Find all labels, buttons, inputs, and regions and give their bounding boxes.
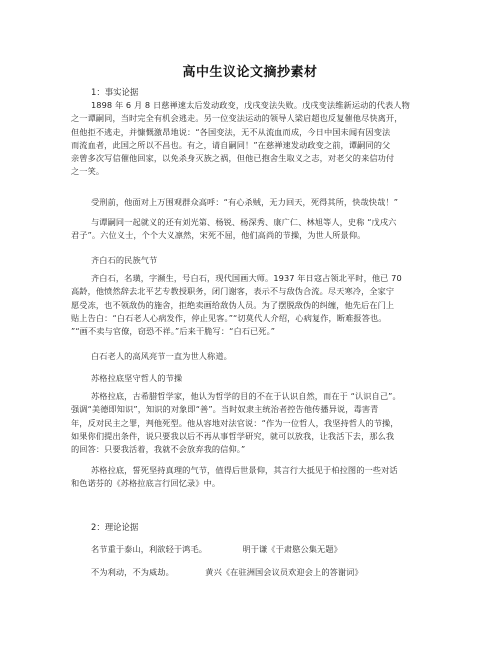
section-heading-theory: 2：理论论据: [91, 521, 138, 533]
paragraph-execution-quote: 受刑前，他面对上万围观群众高呼：“有心杀贼，无力回天，死得其所，快哉快哉！”: [71, 196, 431, 209]
quote-source: 黄兴《在驻洲国会议员欢迎会上的答谢词》: [205, 567, 362, 577]
quote-source: 明于谦《于肃愍公集无题》: [242, 544, 341, 554]
paragraph-qi-baishi: 齐白石，名璜，字濒生，号白石，现代国画大师。1937 年日寇占领北平时，他已 7…: [71, 272, 431, 338]
quote-item: 不为利动，不为威劫。 黄兴《在驻洲国会议员欢迎会上的答谢词》: [91, 566, 451, 579]
section-heading-facts: 1：事实论据: [91, 86, 138, 98]
document-title: 高中生议论文摘抄素材: [0, 61, 500, 80]
quote-text: 不为利动，不为威劫。: [91, 567, 174, 577]
subheading-qi-baishi: 齐白石的民族气节: [91, 254, 421, 267]
quote-text: 名节重于泰山，利欲轻于鸿毛。: [91, 544, 207, 554]
paragraph-socrates-conclusion: 苏格拉底，誓死坚持真理的气节，值得后世景仰，其言行大抵见于柏拉图的一些对话 和色…: [71, 464, 431, 491]
quote-item: 名节重于泰山，利欲轻于鸿毛。 明于谦《于肃愍公集无题》: [91, 543, 451, 556]
paragraph-socrates: 苏格拉底，古希腊哲学家，他认为哲学的目的不在于认识自然，而在于 “认识自己”。 …: [71, 390, 431, 456]
paragraph-tan-sitong: 1898 年 6 月 8 日慈禅速太后发动政变，戊戌变法失败。戊戌变法维新运动的…: [71, 99, 431, 179]
paragraph-six-gentlemen: 与谭嗣同一起就义的还有刘光第、杨锐、杨深秀、康广仁、林旭等人，史称 “戊戌六 君…: [71, 216, 431, 243]
paragraph-qi-baishi-conclusion: 白石老人的高风亮节一直为世人称道。: [91, 350, 421, 363]
subheading-socrates: 苏格拉底坚守哲人的节操: [91, 372, 421, 385]
document-page: 高中生议论文摘抄素材 1：事实论据 1898 年 6 月 8 日慈禅速太后发动政…: [0, 0, 500, 647]
